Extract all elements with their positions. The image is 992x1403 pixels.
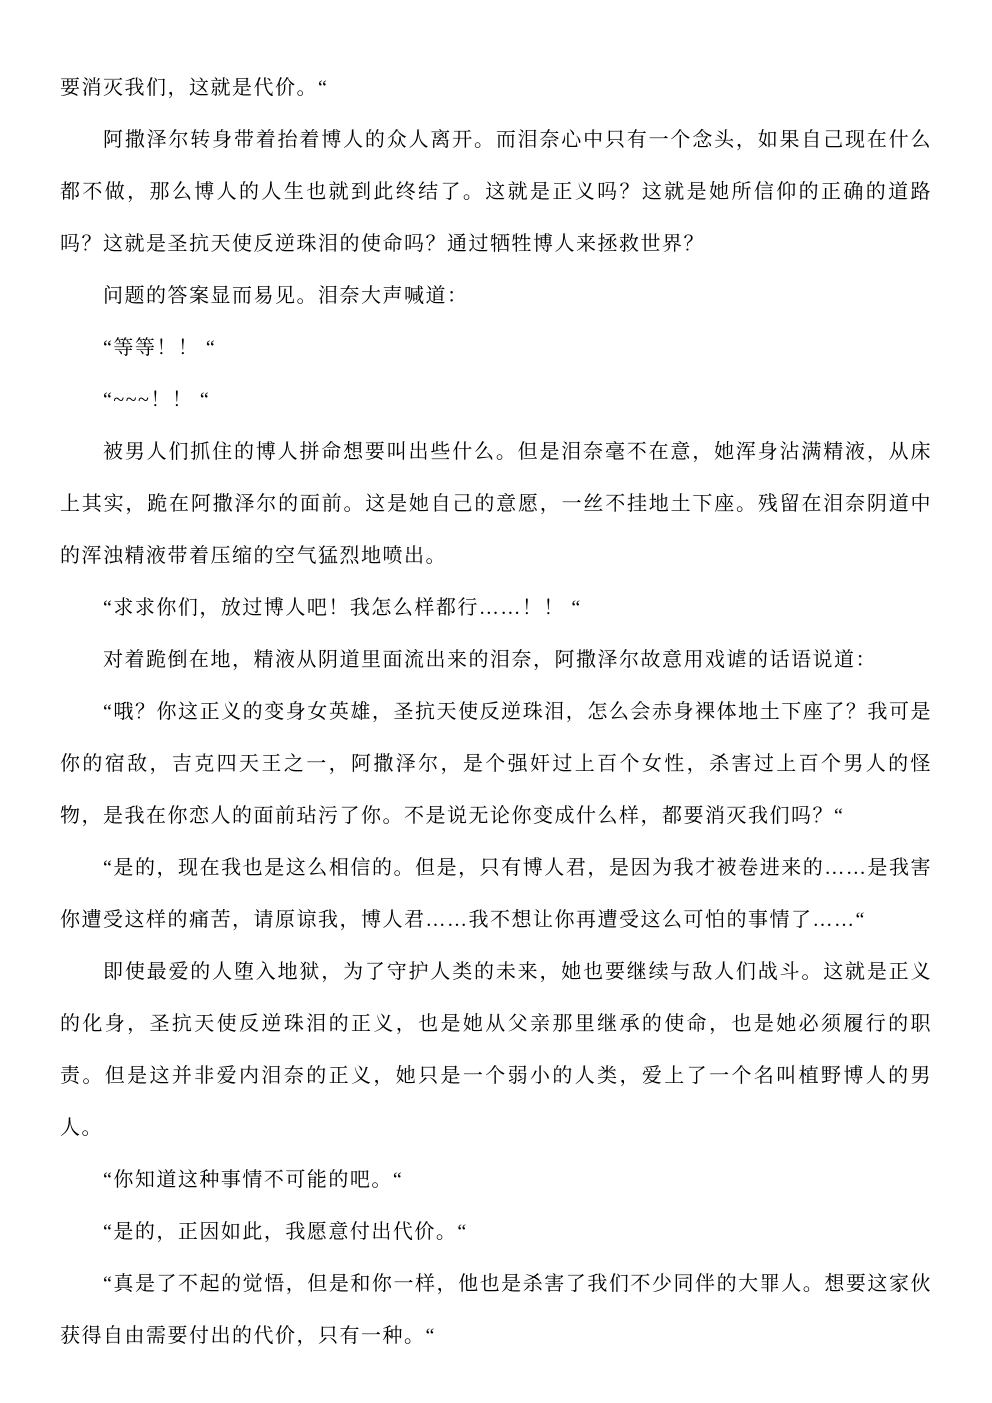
paragraph: 即使最爱的人堕入地狱，为了守护人类的未来，她也要继续与敌人们战斗。这就是正义的化… (60, 946, 932, 1154)
paragraph: “哦？你这正义的变身女英雄，圣抗天使反逆珠泪，怎么会赤身裸体地土下座了？我可是你… (60, 686, 932, 842)
paragraph: “求求你们，放过博人吧！我怎么样都行……！！ “ (60, 582, 932, 634)
paragraph: 被男人们抓住的博人拼命想要叫出些什么。但是泪奈毫不在意，她浑身沾满精液，从床上其… (60, 426, 932, 582)
paragraph: 要消灭我们，这就是代价。“ (60, 62, 932, 114)
paragraph: “你知道这种事情不可能的吧。“ (60, 1154, 932, 1206)
document-body: 要消灭我们，这就是代价。“阿撒泽尔转身带着抬着博人的众人离开。而泪奈心中只有一个… (60, 62, 932, 1362)
paragraph: “真是了不起的觉悟，但是和你一样，他也是杀害了我们不少同伴的大罪人。想要这家伙获… (60, 1258, 932, 1362)
document-page: 要消灭我们，这就是代价。“阿撒泽尔转身带着抬着博人的众人离开。而泪奈心中只有一个… (0, 0, 992, 1403)
paragraph: 对着跪倒在地，精液从阴道里面流出来的泪奈，阿撒泽尔故意用戏谑的话语说道： (60, 634, 932, 686)
paragraph: “是的，正因如此，我愿意付出代价。“ (60, 1206, 932, 1258)
paragraph: 问题的答案显而易见。泪奈大声喊道： (60, 270, 932, 322)
paragraph: “等等！！ “ (60, 322, 932, 374)
paragraph: 阿撒泽尔转身带着抬着博人的众人离开。而泪奈心中只有一个念头，如果自己现在什么都不… (60, 114, 932, 270)
paragraph: “~~~！！ “ (60, 374, 932, 426)
paragraph: “是的，现在我也是这么相信的。但是，只有博人君，是因为我才被卷进来的……是我害你… (60, 842, 932, 946)
